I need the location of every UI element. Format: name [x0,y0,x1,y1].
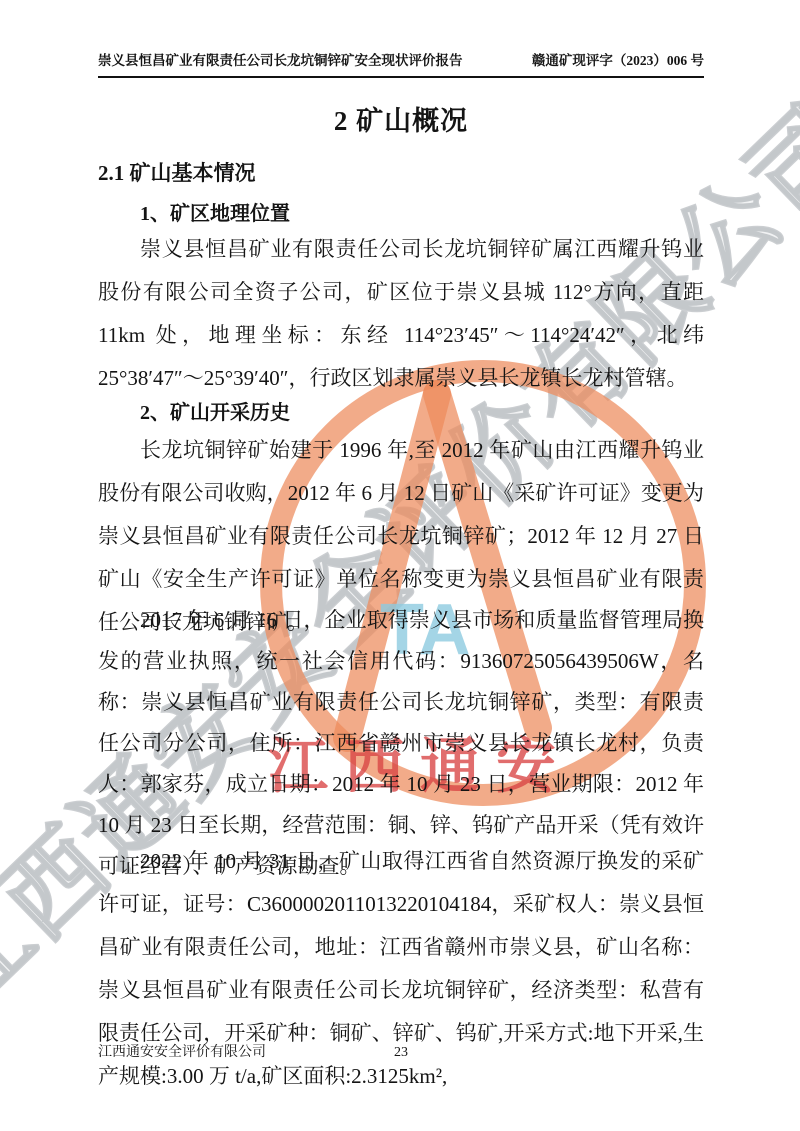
page-header: 崇义县恒昌矿业有限责任公司长龙坑铜锌矿安全现状评价报告 赣通矿现评字（2023）… [98,52,704,78]
chapter-title: 2 矿山概况 [98,102,704,140]
subsection-heading-location: 1、矿区地理位置 [140,200,290,228]
header-document-number: 赣通矿现评字（2023）006 号 [532,52,704,70]
paragraph-location: 崇义县恒昌矿业有限责任公司长龙坑铜锌矿属江西耀升钨业股份有限公司全资子公司，矿区… [98,228,704,400]
footer-page-number: 23 [98,1044,704,1062]
section-heading: 2.1 矿山基本情况 [98,159,256,188]
document-page: 江西通安安全评价有限公司 TA 江西通安 崇义县恒昌矿业有限责任公司长龙坑铜锌矿… [0,0,800,1131]
header-report-title: 崇义县恒昌矿业有限责任公司长龙坑铜锌矿安全现状评价报告 [98,52,463,70]
subsection-heading-history: 2、矿山开采历史 [140,399,290,427]
